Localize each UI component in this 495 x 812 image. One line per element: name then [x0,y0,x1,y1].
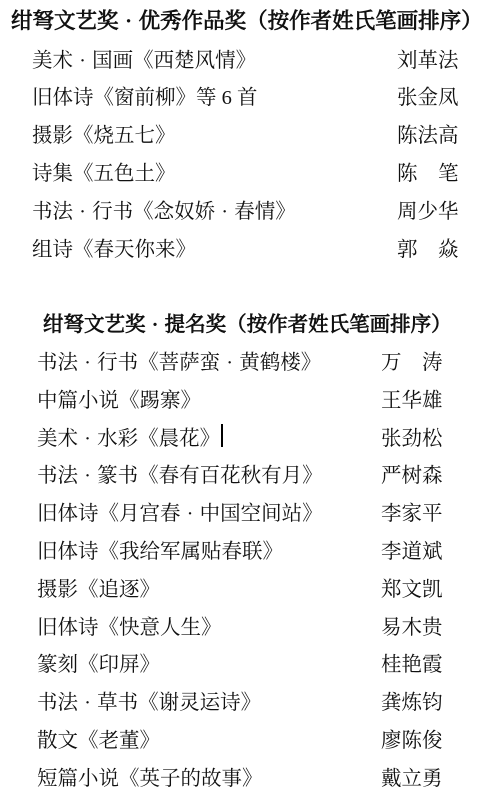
work-title[interactable]: 旧体诗《快意人生》 [37,610,222,640]
document-page[interactable]: 绀弩文艺奖·优秀作品奖（按作者姓氏笔画排序）美术·国画《西楚风情》刘革法旧体诗《… [0,0,495,795]
section-title[interactable]: 绀弩文艺奖·优秀作品奖（按作者姓氏笔画排序） [11,4,483,35]
author-name[interactable]: 万 涛 [381,345,443,375]
award-entry-row: 组诗《春天你来》郭 焱 [0,228,495,266]
work-title[interactable]: 书法·行书《菩萨蛮·黄鹤楼》 [37,345,321,375]
middle-dot-separator: · [78,692,97,714]
award-entry-row: 美术·水彩《晨花》张劲松 [0,417,495,455]
award-entry-row: 书法·篆书《春有百花秋有月》严树森 [0,455,495,493]
award-entry-row: 书法·草书《谢灵运诗》龚炼钧 [0,681,495,719]
text-cursor [221,424,223,447]
award-entry-row: 摄影《追逐》郑文凯 [0,568,495,606]
work-title[interactable]: 散文《老董》 [37,723,160,753]
author-name[interactable]: 刘革法 [397,43,459,73]
work-title[interactable]: 旧体诗《月宫春·中国空间站》 [37,496,323,526]
author-name[interactable]: 廖陈俊 [381,723,443,753]
author-name[interactable]: 郭 焱 [397,232,459,262]
section-title-line: 绀弩文艺奖·优秀作品奖（按作者姓氏笔画排序） [0,1,495,39]
author-name[interactable]: 易木贵 [381,610,443,640]
middle-dot-separator: · [73,50,92,72]
middle-dot-separator: · [119,9,139,33]
work-title[interactable]: 书法·草书《谢灵运诗》 [37,685,261,715]
author-name[interactable]: 李道斌 [381,534,443,564]
author-name[interactable]: 龚炼钧 [381,685,443,715]
award-entry-row: 篆刻《印屏》桂艳霞 [0,644,495,682]
award-entry-row: 中篇小说《踢寨》王华雄 [0,379,495,417]
author-name[interactable]: 王华雄 [381,383,443,413]
work-title[interactable]: 旧体诗《我给军属贴春联》 [37,534,283,564]
author-name[interactable]: 陈 笔 [397,156,459,186]
section-title-line: 绀弩文艺奖·提名奖（按作者姓氏笔画排序） [0,303,495,341]
work-title[interactable]: 摄影《烧五七》 [32,118,176,148]
middle-dot-separator: · [220,352,239,374]
middle-dot-separator: · [78,352,97,374]
award-entry-row: 旧体诗《我给军属贴春联》李道斌 [0,530,495,568]
award-entry-row: 诗集《五色土》陈 笔 [0,152,495,190]
author-name[interactable]: 张劲松 [381,421,443,451]
work-title[interactable]: 短篇小说《英子的故事》 [37,761,263,791]
middle-dot-separator: · [73,201,92,223]
author-name[interactable]: 周少华 [397,194,459,224]
author-name[interactable]: 陈法高 [397,118,459,148]
work-title[interactable]: 中篇小说《踢寨》 [37,383,201,413]
work-title[interactable]: 篆刻《印屏》 [37,647,160,677]
middle-dot-separator: · [215,201,234,223]
author-name[interactable]: 戴立勇 [381,761,443,791]
work-title[interactable]: 组诗《春天你来》 [32,232,196,262]
award-entry-row: 旧体诗《快意人生》易木贵 [0,606,495,644]
award-entry-row: 书法·行书《菩萨蛮·黄鹤楼》万 涛 [0,341,495,379]
award-entry-row: 摄影《烧五七》陈法高 [0,114,495,152]
section-separator-blank-line [0,266,495,304]
middle-dot-separator: · [78,428,97,450]
middle-dot-separator: · [181,503,200,525]
work-title[interactable]: 书法·行书《念奴娇·春情》 [32,194,296,224]
work-title[interactable]: 摄影《追逐》 [37,572,160,602]
work-title[interactable]: 美术·国画《西楚风情》 [32,43,256,73]
award-entry-row: 书法·行书《念奴娇·春情》周少华 [0,190,495,228]
work-title[interactable]: 旧体诗《窗前柳》等 6 首 [32,80,258,110]
middle-dot-separator: · [146,314,165,336]
author-name[interactable]: 郑文凯 [381,572,443,602]
award-entry-row: 旧体诗《月宫春·中国空间站》李家平 [0,492,495,530]
work-title[interactable]: 书法·篆书《春有百花秋有月》 [37,458,323,488]
middle-dot-separator: · [78,465,97,487]
award-entry-row: 旧体诗《窗前柳》等 6 首张金凤 [0,77,495,115]
work-title[interactable]: 诗集《五色土》 [32,156,176,186]
author-name[interactable]: 张金凤 [397,80,459,110]
award-entry-row: 短篇小说《英子的故事》戴立勇 [0,757,495,795]
author-name[interactable]: 桂艳霞 [381,647,443,677]
award-entry-row: 美术·国画《西楚风情》刘革法 [0,39,495,77]
author-name[interactable]: 严树森 [381,458,443,488]
work-title[interactable]: 美术·水彩《晨花》 [37,421,220,451]
award-entry-row: 散文《老董》廖陈俊 [0,719,495,757]
section-title[interactable]: 绀弩文艺奖·提名奖（按作者姓氏笔画排序） [43,307,452,337]
author-name[interactable]: 李家平 [381,496,443,526]
